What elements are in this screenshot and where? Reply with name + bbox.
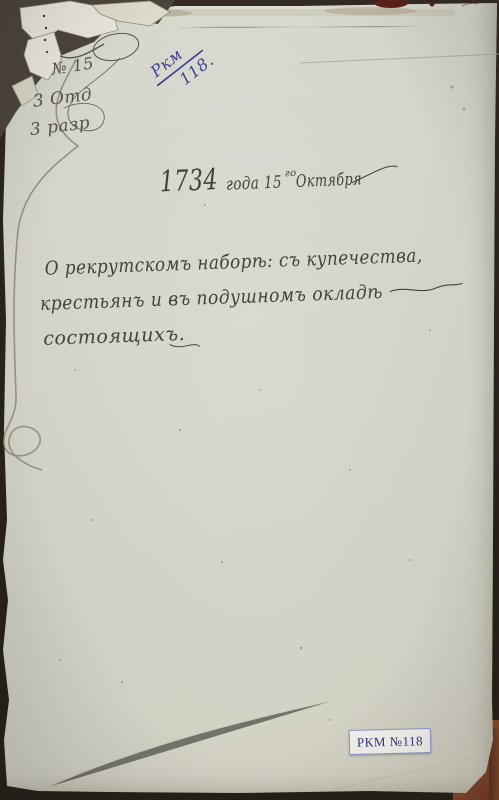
ink-speck	[46, 51, 48, 53]
date-year: 1734	[159, 162, 218, 198]
date-day: года 15	[226, 173, 283, 195]
wax-speck	[430, 2, 435, 7]
title-line-2: крестьянъ и въ подушномъ окладѣ	[40, 281, 384, 315]
crease-line	[45, 700, 335, 788]
title-block: О рекрутскомъ наборѣ: съ купечества, кре…	[38, 243, 464, 352]
inventory-label: РКМ №118	[349, 728, 432, 755]
department-annotation: 3 Отд	[32, 85, 94, 112]
inventory-label-text: РКМ №118	[357, 733, 424, 751]
ink-speck	[43, 15, 45, 17]
crease-line	[330, 758, 470, 790]
crease-line	[180, 26, 420, 28]
museum-blue-mark: Ркм 118.	[144, 32, 217, 103]
date-month: Октября	[296, 169, 363, 192]
dash-squiggle	[390, 283, 463, 292]
page-overlay: № 15 3 Отд 3 разр Ркм 118. 1734 года 15 …	[0, 0, 499, 800]
date-line: 1734 года 15 го Октября	[159, 155, 398, 199]
category-annotation: 3 разр	[29, 113, 91, 140]
ink-speck	[44, 39, 46, 41]
pencil-scribble	[462, 3, 478, 6]
ink-speck	[45, 27, 47, 29]
title-line-1: О рекрутскомъ наборѣ: съ купечества,	[44, 245, 423, 280]
wax-stain	[374, 0, 408, 8]
title-line-3: состоящихъ.	[43, 323, 186, 350]
stain-smudge	[324, 7, 416, 15]
photo-of-archival-document: № 15 3 Отд 3 разр Ркм 118. 1734 года 15 …	[0, 0, 499, 800]
crease-line	[300, 54, 499, 63]
